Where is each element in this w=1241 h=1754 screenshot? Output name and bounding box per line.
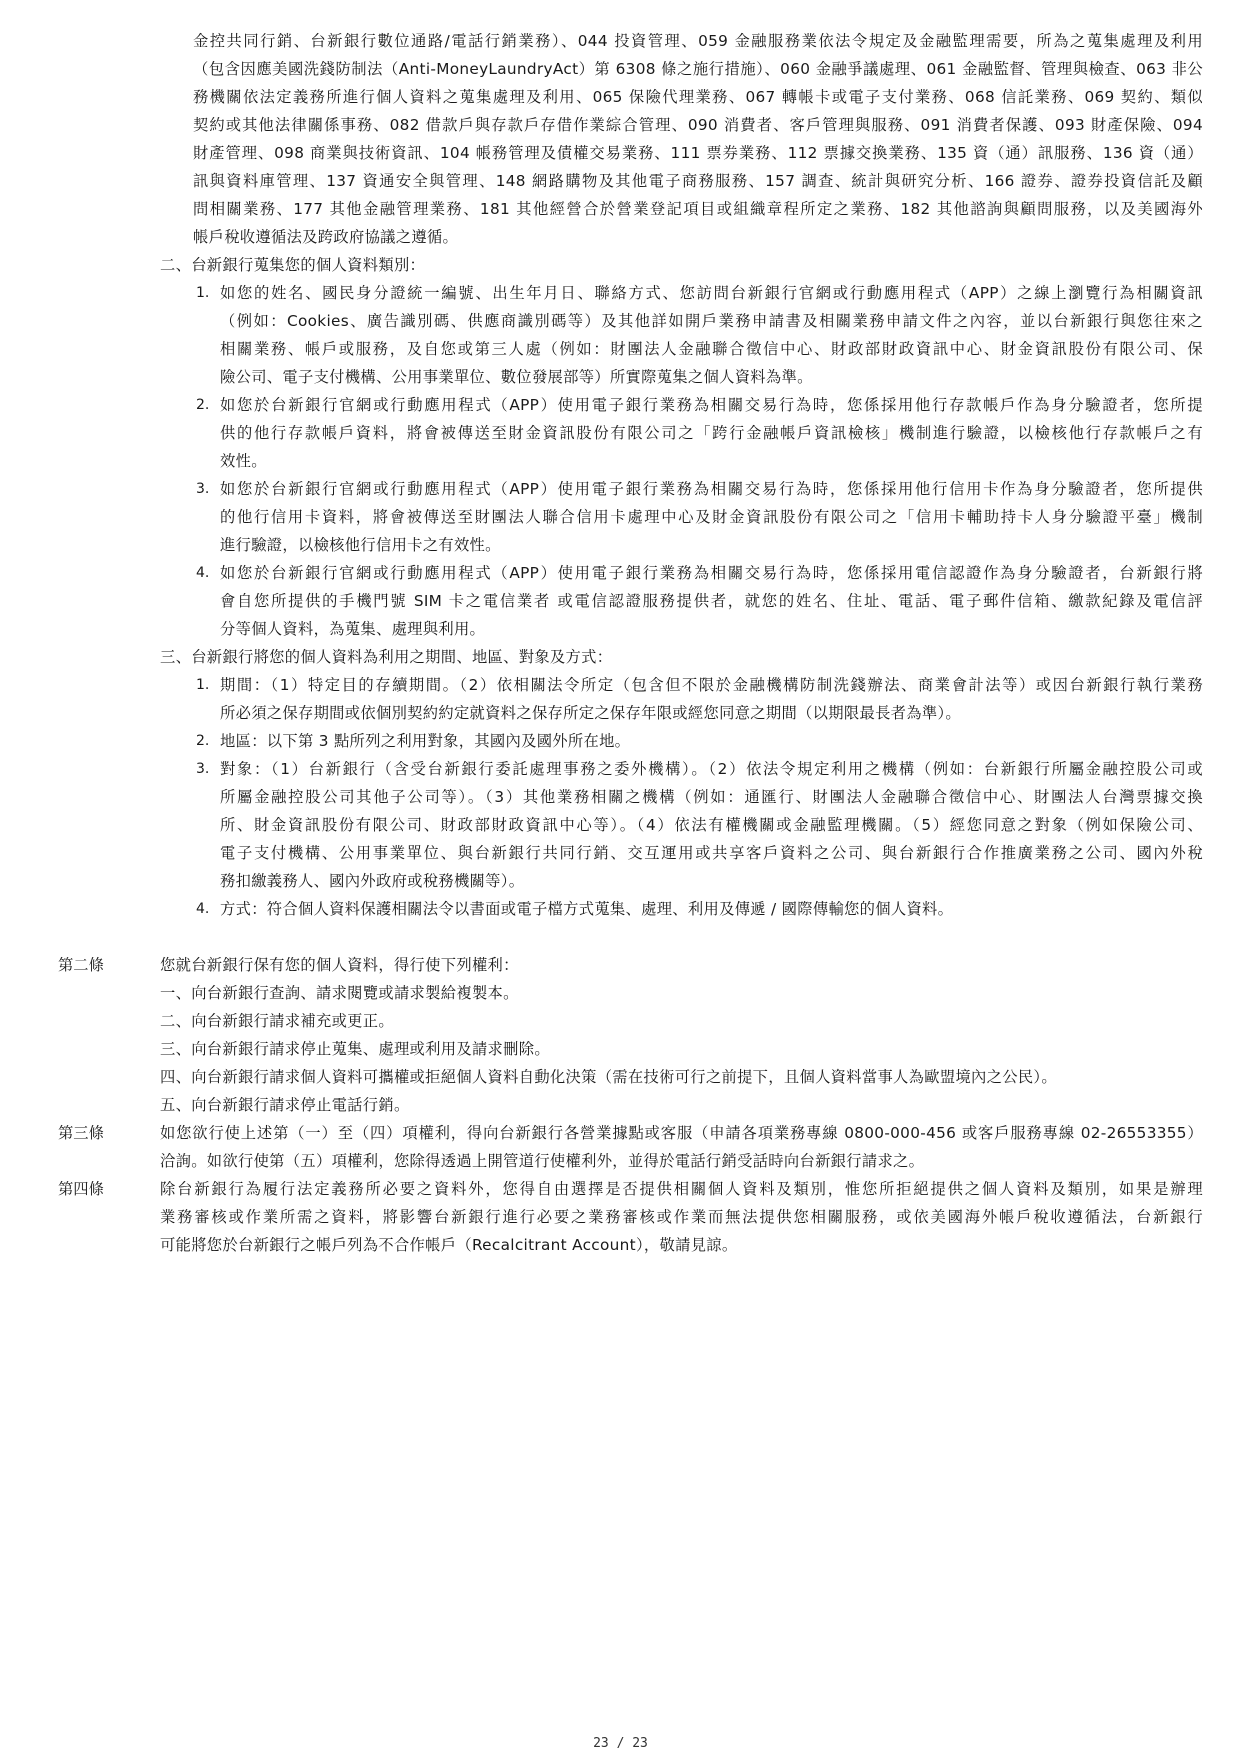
right-item: 三、向台新銀行請求停止蒐集、處理或利用及請求刪除。 bbox=[160, 1039, 550, 1059]
text-line: 所必須之保存期間或依個別契約約定就資料之保存所定之保存年限或經您同意之期間（以期… bbox=[220, 703, 961, 723]
text-line: 的他行信用卡資料，將會被傳送至財團法人聯合信用卡處理中心及財金資訊股份有限公司之… bbox=[220, 507, 1203, 527]
text-line: 方式：符合個人資料保護相關法令以書面或電子檔方式蒐集、處理、利用及傳遞 / 國際… bbox=[220, 899, 953, 919]
text-line: 期間：（1）特定目的存續期間。（2）依相關法令所定（包含但不限於金融機構防制洗錢… bbox=[220, 675, 1203, 695]
list-number: 1. bbox=[196, 675, 209, 695]
text-line: 務機關依法定義務所進行個人資料之蒐集處理及利用、065 保險代理業務、067 轉… bbox=[193, 87, 1203, 107]
text-line: 契約或其他法律關係事務、082 借款戶與存款戶存借作業綜合管理、090 消費者、… bbox=[193, 115, 1203, 135]
text-line: 務扣繳義務人、國內外政府或稅務機關等）。 bbox=[220, 871, 524, 891]
text-line: 相關業務、帳戶或服務，及自您或第三人處（例如：財團法人金融聯合徵信中心、財政部財… bbox=[220, 339, 1203, 359]
text-line: 供的他行存款帳戶資料，將會被傳送至財金資訊股份有限公司之「跨行金融帳戶資訊檢核」… bbox=[220, 423, 1203, 443]
list-number: 2. bbox=[196, 395, 209, 415]
text-line: 所屬金融控股公司其他子公司等）。（3）其他業務相關之機構（例如：通匯行、財團法人… bbox=[220, 787, 1203, 807]
text-line: 險公司、電子支付機構、公用事業單位、數位發展部等）所實際蒐集之個人資料為準。 bbox=[220, 367, 813, 387]
right-item: 五、向台新銀行請求停止電話行銷。 bbox=[160, 1095, 410, 1115]
list-number: 2. bbox=[196, 731, 209, 751]
text-line: 訊與資料庫管理、137 資通安全與管理、148 網路購物及其他電子商務服務、15… bbox=[193, 171, 1203, 191]
section-heading: 二、台新銀行蒐集您的個人資料類別： bbox=[160, 255, 425, 275]
text-line: 財產管理、098 商業與技術資訊、104 帳務管理及債權交易業務、111 票券業… bbox=[193, 143, 1203, 163]
text-line: 效性。 bbox=[220, 451, 267, 471]
text-line: 地區：以下第 3 點所列之利用對象，其國內及國外所在地。 bbox=[220, 731, 630, 751]
list-number: 3. bbox=[196, 759, 209, 779]
text-line: 所、財金資訊股份有限公司、財政部財政資訊中心等）。（4）依法有權機關或金融監理機… bbox=[220, 815, 1203, 835]
text-line: 如您於台新銀行官網或行動應用程式（APP）使用電子銀行業務為相關交易行為時，您係… bbox=[220, 563, 1203, 583]
text-line: 分等個人資料，為蒐集、處理與利用。 bbox=[220, 619, 485, 639]
text-line: 電子支付機構、公用事業單位、與台新銀行共同行銷、交互運用或共享客戶資料之公司、與… bbox=[220, 843, 1203, 863]
right-item: 二、向台新銀行請求補充或更正。 bbox=[160, 1011, 394, 1031]
text-line: 對象：（1）台新銀行（含受台新銀行委託處理事務之委外機構）。（2）依法令規定利用… bbox=[220, 759, 1203, 779]
section-heading: 三、台新銀行將您的個人資料為利用之期間、地區、對象及方式： bbox=[160, 647, 612, 667]
list-number: 4. bbox=[196, 899, 209, 919]
right-item: 四、向台新銀行請求個人資料可攜權或拒絕個人資料自動化決策（需在技術可行之前提下，… bbox=[160, 1067, 1057, 1087]
list-number: 1. bbox=[196, 283, 209, 303]
list-number: 3. bbox=[196, 479, 209, 499]
page-number: 23 / 23 bbox=[0, 1736, 1241, 1752]
article-intro: 您就台新銀行保有您的個人資料，得行使下列權利： bbox=[160, 955, 519, 975]
list-number: 4. bbox=[196, 563, 209, 583]
right-item: 一、向台新銀行查詢、請求閱覽或請求製給複製本。 bbox=[160, 983, 519, 1003]
text-line: 除台新銀行為履行法定義務所必要之資料外，您得自由選擇是否提供相關個人資料及類別，… bbox=[160, 1179, 1203, 1199]
text-line: 問相關業務、177 其他金融管理業務、181 其他經營合於營業登記項目或組織章程… bbox=[193, 199, 1203, 219]
text-line: 會自您所提供的手機門號 SIM 卡之電信業者 或電信認證服務提供者，就您的姓名、… bbox=[220, 591, 1203, 611]
text-line: （包含因應美國洗錢防制法（Anti-MoneyLaundryAct）第 6308… bbox=[193, 59, 1203, 79]
article-label: 第四條 bbox=[58, 1179, 104, 1199]
text-line: （例如：Cookies、廣告識別碼、供應商識別碼等）及其他詳如開戶業務申請書及相… bbox=[220, 311, 1203, 331]
text-line: 金控共同行銷、台新銀行數位通路/電話行銷業務）、044 投資管理、059 金融服… bbox=[193, 31, 1203, 51]
text-line: 可能將您於台新銀行之帳戶列為不合作帳戶（Recalcitrant Account… bbox=[160, 1235, 738, 1255]
text-line: 如您於台新銀行官網或行動應用程式（APP）使用電子銀行業務為相關交易行為時，您係… bbox=[220, 479, 1203, 499]
text-line: 帳戶稅收遵循法及跨政府協議之遵循。 bbox=[193, 227, 458, 247]
article-label: 第二條 bbox=[58, 955, 104, 975]
text-line: 如您於台新銀行官網或行動應用程式（APP）使用電子銀行業務為相關交易行為時，您係… bbox=[220, 395, 1203, 415]
text-line: 業務審核或作業所需之資料，將影響台新銀行進行必要之業務審核或作業而無法提供您相關… bbox=[160, 1207, 1203, 1227]
text-line: 如您的姓名、國民身分證統一編號、出生年月日、聯絡方式、您訪問台新銀行官網或行動應… bbox=[220, 283, 1203, 303]
article-label: 第三條 bbox=[58, 1123, 104, 1143]
text-line: 如您欲行使上述第（一）至（四）項權利，得向台新銀行各營業據點或客服（申請各項業務… bbox=[160, 1123, 1203, 1143]
document-page: 金控共同行銷、台新銀行數位通路/電話行銷業務）、044 投資管理、059 金融服… bbox=[0, 0, 1241, 1754]
text-line: 洽詢。如欲行使第（五）項權利，您除得透過上開管道行使權利外，並得於電話行銷受話時… bbox=[160, 1151, 924, 1171]
text-line: 進行驗證，以檢核他行信用卡之有效性。 bbox=[220, 535, 501, 555]
